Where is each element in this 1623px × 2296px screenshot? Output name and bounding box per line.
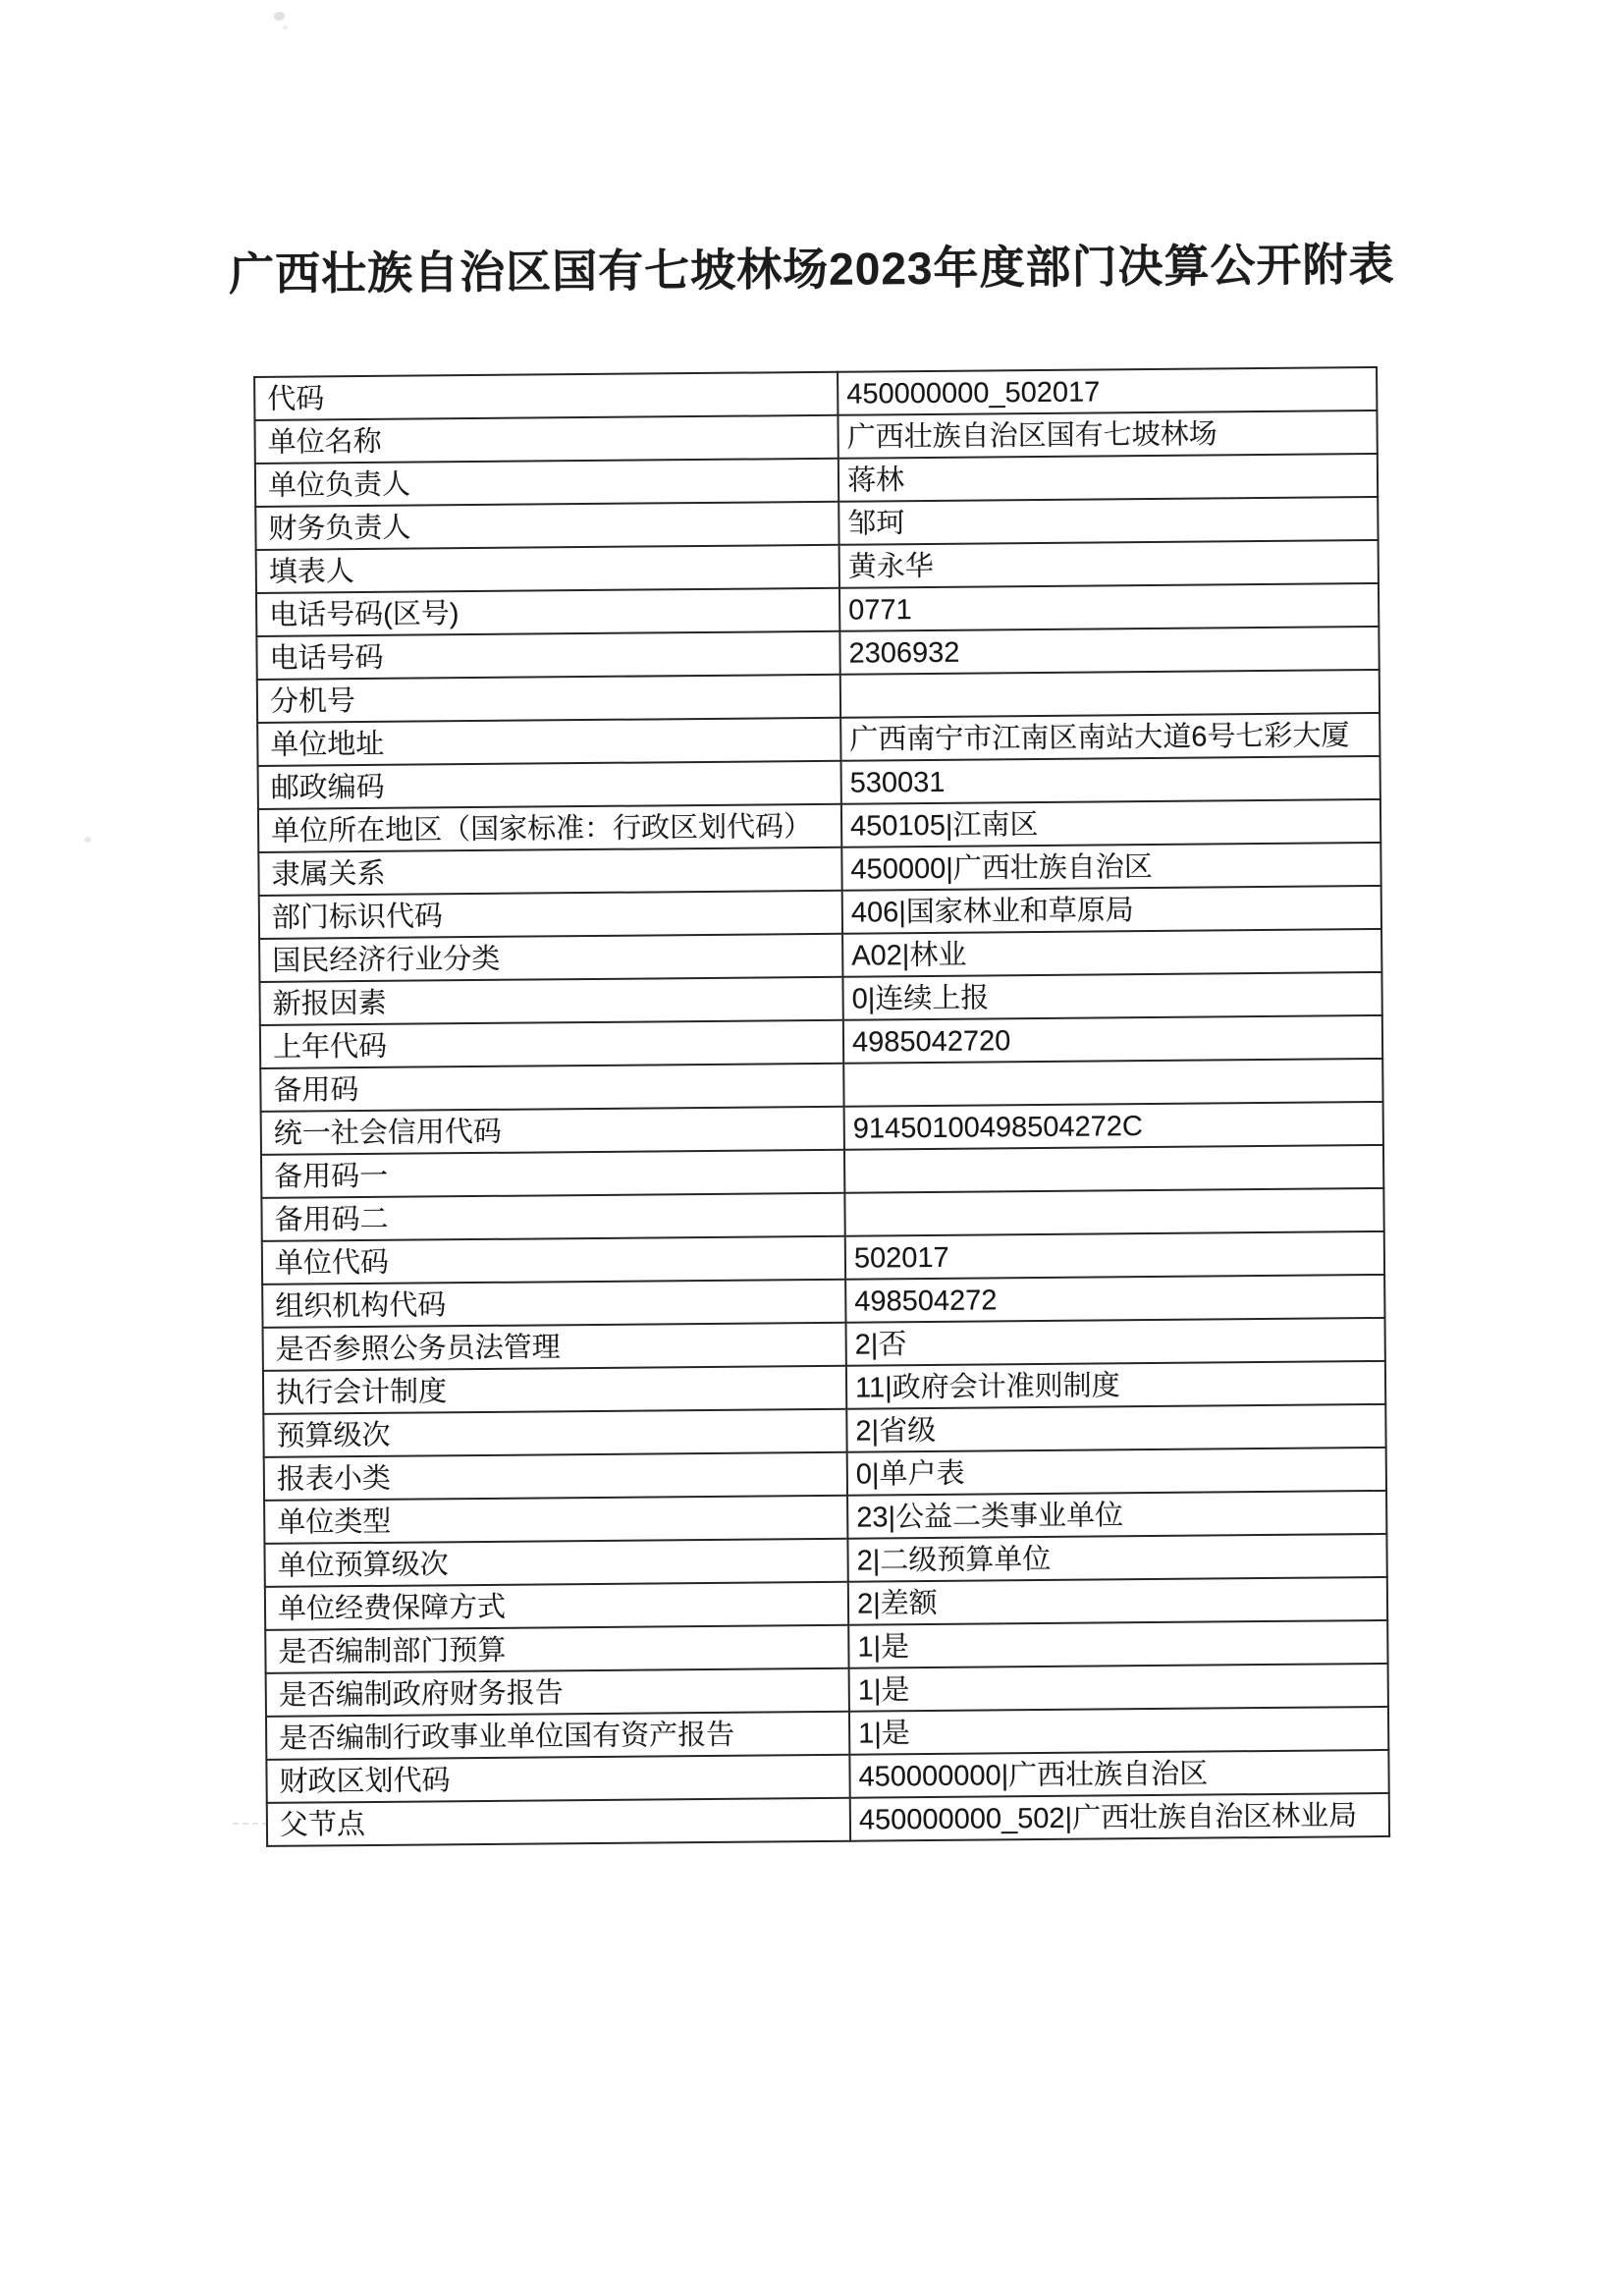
row-value: 蒋林 <box>839 454 1378 502</box>
row-value: 4985042720 <box>843 1015 1382 1064</box>
row-label: 报表小类 <box>264 1452 847 1501</box>
row-label: 代码 <box>254 372 838 420</box>
row-value: 450000|广西壮族自治区 <box>841 843 1380 891</box>
row-value: 450000000_502|广西壮族自治区林业局 <box>850 1793 1389 1841</box>
scanned-page: 广西壮族自治区国有七坡林场2023年度部门决算公开附表 代码 450000000… <box>0 0 1623 2296</box>
unit-info-table: 代码 450000000_502017 单位名称 广西壮族自治区国有七坡林场 单… <box>253 366 1390 1847</box>
page-title: 广西壮族自治区国有七坡林场2023年度部门决算公开附表 <box>229 229 1379 303</box>
row-value: 498504272 <box>845 1275 1384 1323</box>
row-value: 2|否 <box>846 1318 1385 1366</box>
row-value: 11|政府会计准则制度 <box>846 1361 1385 1409</box>
row-value: 2306932 <box>839 627 1379 675</box>
row-value: 23|公益二类事业单位 <box>847 1491 1386 1539</box>
row-label: 备用码 <box>260 1064 843 1112</box>
row-label: 父节点 <box>267 1798 850 1846</box>
row-value: 黄永华 <box>839 540 1379 588</box>
row-label: 分机号 <box>257 675 840 723</box>
row-label: 执行会计制度 <box>263 1366 846 1414</box>
row-value: 406|国家林业和草原局 <box>842 886 1381 934</box>
row-label: 单位地址 <box>257 718 840 766</box>
row-label: 填表人 <box>256 545 839 593</box>
row-label: 单位负责人 <box>255 459 839 507</box>
row-label: 财政区划代码 <box>266 1755 849 1803</box>
row-value: 450000000_502017 <box>838 367 1377 415</box>
row-value: 91450100498504272C <box>844 1102 1383 1150</box>
row-label: 单位经费保障方式 <box>265 1582 848 1630</box>
row-value: 530031 <box>841 756 1380 804</box>
row-label: 是否编制政府财务报告 <box>266 1668 849 1717</box>
document-content: 广西壮族自治区国有七坡林场2023年度部门决算公开附表 代码 450000000… <box>0 0 1623 2296</box>
row-label: 备用码一 <box>261 1150 844 1198</box>
row-label: 电话号码 <box>256 631 839 680</box>
row-value <box>843 1059 1382 1107</box>
row-label: 新报因素 <box>259 977 842 1025</box>
row-value: 1|是 <box>849 1664 1388 1712</box>
row-label: 统一社会信用代码 <box>261 1107 844 1155</box>
row-label: 是否参照公务员法管理 <box>263 1323 846 1371</box>
row-value: 1|是 <box>848 1620 1387 1668</box>
row-label: 财务负责人 <box>255 502 839 550</box>
row-value <box>844 1188 1383 1236</box>
row-label: 是否编制部门预算 <box>265 1625 848 1673</box>
row-label: 单位名称 <box>254 415 838 464</box>
row-value: 0|连续上报 <box>842 972 1381 1020</box>
row-value: 1|是 <box>849 1707 1388 1755</box>
row-value: 邹珂 <box>839 497 1378 545</box>
table-body: 代码 450000000_502017 单位名称 广西壮族自治区国有七坡林场 单… <box>254 367 1389 1846</box>
row-label: 电话号码(区号) <box>256 588 839 636</box>
row-label: 预算级次 <box>263 1409 846 1457</box>
row-label: 备用码二 <box>261 1193 844 1241</box>
row-value <box>840 670 1380 718</box>
row-label: 邮政编码 <box>258 761 841 809</box>
row-value: 0|单户表 <box>847 1448 1386 1496</box>
row-label: 单位类型 <box>264 1496 847 1544</box>
row-value <box>844 1145 1383 1193</box>
row-label: 是否编制行政事业单位国有资产报告 <box>266 1712 849 1760</box>
row-label: 组织机构代码 <box>262 1280 845 1328</box>
row-value: 450000000|广西壮族自治区 <box>849 1750 1388 1798</box>
row-value: 2|二级预算单位 <box>847 1534 1386 1582</box>
row-value: A02|林业 <box>842 929 1381 977</box>
row-label: 隶属关系 <box>258 847 841 896</box>
row-value: 502017 <box>845 1231 1384 1280</box>
table-row: 父节点 450000000_502|广西壮族自治区林业局 <box>267 1793 1389 1846</box>
row-label: 单位预算级次 <box>264 1539 847 1587</box>
row-value: 450105|江南区 <box>841 799 1380 847</box>
row-label: 部门标识代码 <box>259 891 842 939</box>
row-value: 广西壮族自治区国有七坡林场 <box>838 410 1377 459</box>
row-label: 国民经济行业分类 <box>259 934 842 982</box>
row-value: 2|省级 <box>846 1404 1385 1452</box>
row-label: 单位代码 <box>262 1236 845 1285</box>
row-value: 0771 <box>839 583 1379 631</box>
row-value: 2|差额 <box>848 1577 1387 1625</box>
row-label: 上年代码 <box>260 1020 843 1068</box>
row-value: 广西南宁市江南区南站大道6号七彩大厦 <box>840 713 1380 761</box>
row-label: 单位所在地区（国家标准：行政区划代码） <box>258 804 841 852</box>
